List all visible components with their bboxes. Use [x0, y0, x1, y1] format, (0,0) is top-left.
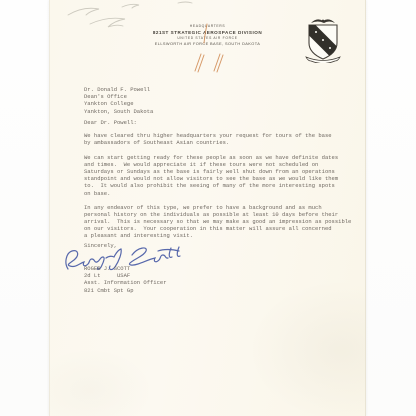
recipient-address: Dr. Donald F. Powell Dean's Office Yankt…: [84, 86, 153, 115]
body-paragraph-3: In any endeavor of this type, we prefer …: [84, 204, 351, 240]
typed-signer-name: ROGER J. SCOTT: [84, 265, 130, 272]
body-paragraph-1: We have cleared thru higher headquarters…: [84, 132, 332, 146]
scanned-letter-photo: HEADQUARTERS 821ST STRATEGIC AEROSPACE D…: [0, 0, 416, 416]
orange-check-marks: [150, 22, 260, 77]
signer-unit-line: 821 Cmbt Spt Gp: [84, 287, 134, 294]
signer-title-line: Asst. Information Officer: [84, 279, 167, 286]
salutation: Dear Dr. Powell:: [84, 119, 137, 126]
letter-paper: HEADQUARTERS 821ST STRATEGIC AEROSPACE D…: [49, 0, 366, 416]
air-force-division-shield-icon: [302, 15, 344, 63]
body-paragraph-2: We can start getting ready for these peo…: [84, 154, 338, 197]
signer-rank-line: 2d Lt USAF: [84, 272, 130, 279]
